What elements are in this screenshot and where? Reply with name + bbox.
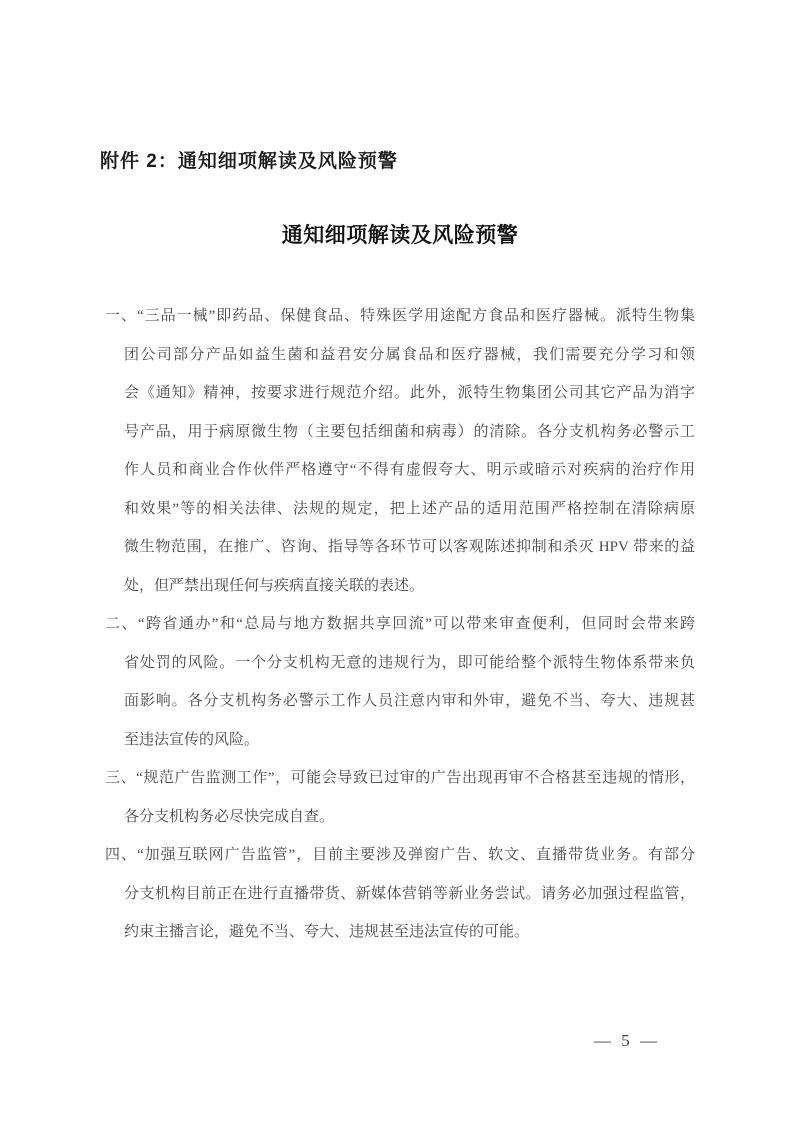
body-line: 至违法宣传的风险。 <box>105 721 695 760</box>
line-text: “规范广告监测工作”，可能会导致已过审的广告出现再审不合格甚至违规的情形， <box>136 770 695 786</box>
item-marker: 四、 <box>105 847 137 863</box>
body-line: 各分支机构务必尽快完成自查。 <box>105 798 695 837</box>
body-line: 省处罚的风险。一个分支机构无意的违规行为，即可能给整个派特生物体系带来负 <box>105 644 695 683</box>
body-line: 微生物范围，在推广、咨询、指导等各环节可以客观陈述抑制和杀灭 HPV 带来的益 <box>105 528 695 567</box>
attachment-header: 附件 2：通知细项解读及风险预警 <box>100 146 398 173</box>
body-line: 分支机构目前正在进行直播带货、新媒体营销等新业务尝试。请务必加强过程监管， <box>105 875 695 914</box>
line-text: “跨省通办”和“总局与地方数据共享回流”可以带来审查便利，但同时会带来跨 <box>138 616 695 632</box>
item-marker: 二、 <box>105 616 138 632</box>
body-line: 会《通知》精神，按要求进行规范介绍。此外，派特生物集团公司其它产品为消字 <box>105 374 695 413</box>
line-text: “加强互联网广告监管”，目前主要涉及弹窗广告、软文、直播带货业务。有部分 <box>137 847 695 863</box>
document-body: 一、“三品一械”即药品、保健食品、特殊医学用途配方食品和医疗器械。派特生物集 团… <box>105 297 695 952</box>
body-line: 处，但严禁出现任何与疾病直接关联的表述。 <box>105 567 695 606</box>
item-marker: 一、 <box>105 308 137 324</box>
body-line: 一、“三品一械”即药品、保健食品、特殊医学用途配方食品和医疗器械。派特生物集 <box>105 297 695 336</box>
document-title: 通知细项解读及风险预警 <box>105 219 695 249</box>
body-line: 号产品，用于病原微生物（主要包括细菌和病毒）的清除。各分支机构务必警示工 <box>105 413 695 452</box>
item-marker: 三、 <box>105 770 136 786</box>
body-line: 约束主播言论，避免不当、夸大、违规甚至违法宣传的可能。 <box>105 913 695 952</box>
line-text: “三品一械”即药品、保健食品、特殊医学用途配方食品和医疗器械。派特生物集 <box>137 308 695 324</box>
body-line: 团公司部分产品如益生菌和益君安分属食品和医疗器械，我们需要充分学习和领 <box>105 336 695 375</box>
body-line: 面影响。各分支机构务必警示工作人员注意内审和外审，避免不当、夸大、违规甚 <box>105 682 695 721</box>
document-page: 附件 2：通知细项解读及风险预警 通知细项解读及风险预警 一、“三品一械”即药品… <box>0 0 793 1122</box>
body-line: 三、“规范广告监测工作”，可能会导致已过审的广告出现再审不合格甚至违规的情形， <box>105 759 695 798</box>
body-line: 四、“加强互联网广告监管”，目前主要涉及弹窗广告、软文、直播带货业务。有部分 <box>105 836 695 875</box>
body-line: 二、“跨省通办”和“总局与地方数据共享回流”可以带来审查便利，但同时会带来跨 <box>105 605 695 644</box>
page-number: — 5 — <box>594 1031 660 1051</box>
body-line: 作人员和商业合作伙伴严格遵守“不得有虚假夸大、明示或暗示对疾病的治疗作用 <box>105 451 695 490</box>
body-line: 和效果”等的相关法律、法规的规定，把上述产品的适用范围严格控制在清除病原 <box>105 490 695 529</box>
